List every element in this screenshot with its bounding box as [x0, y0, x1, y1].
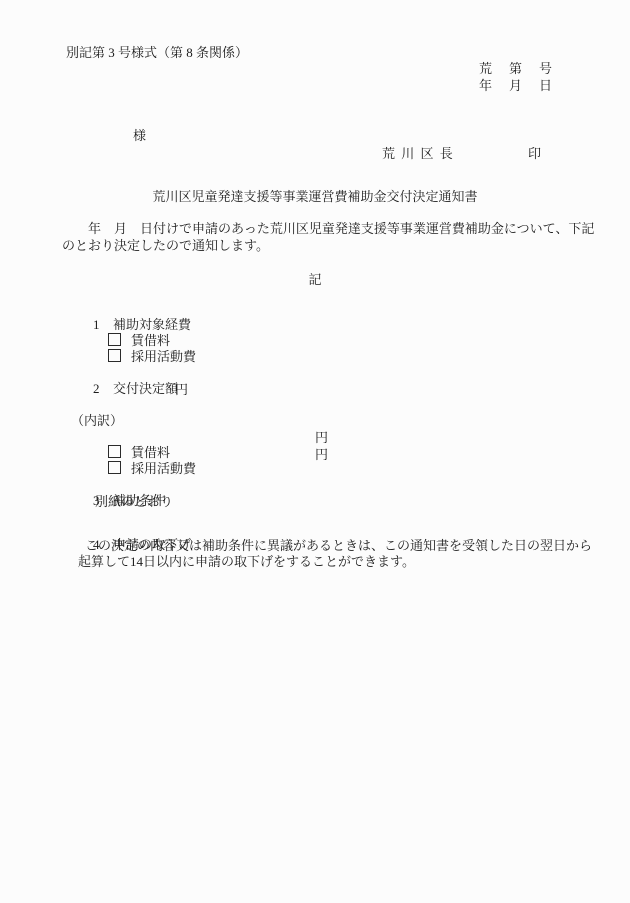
- breakdown-recruiting-unit: 円: [315, 447, 328, 462]
- checkbox-label: 採用活動費: [131, 461, 196, 476]
- section-4-body-line1: この決定の内容又は補助条件に異議があるときは、この通知書を受領した日の翌日から: [85, 538, 592, 553]
- breakdown-label: （内訳）: [71, 413, 123, 428]
- intro-paragraph-line1: 年 月 日付けで申請のあった荒川区児童発達支援等事業運営費補助金について、下記: [62, 221, 594, 236]
- section-2-number: 2: [93, 381, 113, 396]
- section-3-body: 別紙のとおり: [95, 494, 173, 509]
- document-number-line: 荒 第 号: [479, 61, 554, 76]
- section-2-heading: 2交付決定額: [80, 366, 178, 411]
- intro-paragraph-line2: のとおり決定したので通知します。: [62, 238, 269, 253]
- document-title: 荒川区児童発達支援等事業運営費補助金交付決定通知書: [0, 189, 630, 204]
- section-2-title: 交付決定額: [113, 381, 178, 396]
- checkbox-icon: [108, 461, 121, 474]
- checkbox-label: 採用活動費: [131, 349, 196, 364]
- date-line: 年 月 日: [479, 78, 554, 93]
- addressee-honorific: 様: [133, 128, 146, 143]
- seal-mark: 印: [528, 146, 541, 161]
- document-page: 別記第 3 号様式（第 8 条関係） 荒 第 号 年 月 日 様 荒 川 区 長…: [0, 0, 630, 903]
- checkbox-icon: [108, 349, 121, 362]
- section-4-body-line2: 起算して14日以内に申請の取下げをすることができます。: [78, 554, 415, 569]
- sender-title: 荒 川 区 長: [382, 146, 454, 161]
- grant-amount-unit: 円: [175, 382, 188, 397]
- record-marker: 記: [0, 272, 630, 287]
- form-number-label: 別記第 3 号様式（第 8 条関係）: [66, 45, 248, 60]
- breakdown-rent-unit: 円: [315, 430, 328, 445]
